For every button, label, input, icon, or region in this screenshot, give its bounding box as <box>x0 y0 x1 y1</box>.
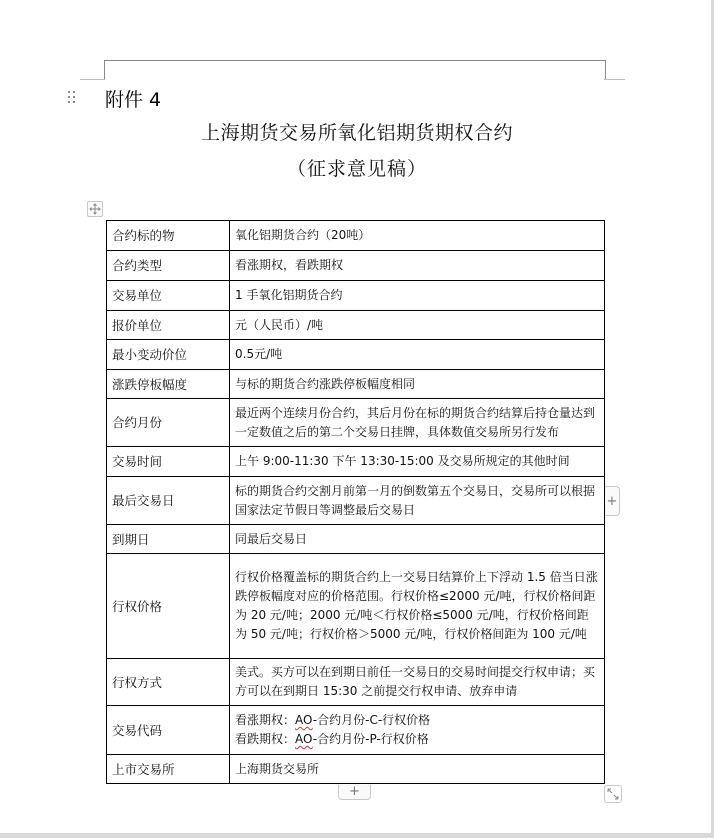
row-key[interactable]: 到期日 <box>107 525 230 554</box>
add-column-button[interactable]: + <box>605 486 620 516</box>
row-key[interactable]: 交易单位 <box>107 281 230 311</box>
row-value[interactable]: 同最后交易日 <box>230 525 605 554</box>
table-resize-handle[interactable] <box>604 785 622 803</box>
row-key[interactable]: 交易时间 <box>107 447 230 477</box>
row-key[interactable]: 行权方式 <box>107 659 230 706</box>
row-value[interactable]: 1 手氧化铝期货合约 <box>230 281 605 311</box>
move-arrows-icon <box>89 203 101 215</box>
row-value[interactable]: 标的期货合约交割月前第一月的倒数第五个交易日，交易所可以根据国家法定节假日等调整… <box>230 477 605 525</box>
row-value[interactable]: 行权价格覆盖标的期货合约上一交易日结算价上下浮动 1.5 倍当日涨跌停板幅度对应… <box>230 554 605 659</box>
resize-diagonal-icon <box>605 786 621 802</box>
put-option-code: 看跌期权：AO-合约月份-P-行权价格 <box>235 730 599 749</box>
row-value[interactable]: 上午 9:00-11:30 下午 13:30-15:00 及交易所规定的其他时间 <box>230 447 605 477</box>
window-edge-bottom <box>0 833 714 838</box>
document-title: 上海期货交易所氧化铝期货期权合约 <box>0 120 714 146</box>
row-key[interactable]: 合约标的物 <box>107 221 230 251</box>
table-row: 交易时间 上午 9:00-11:30 下午 13:30-15:00 及交易所规定… <box>107 447 605 477</box>
row-value[interactable]: 上海期货交易所 <box>230 755 605 784</box>
row-key[interactable]: 上市交易所 <box>107 755 230 784</box>
attachment-label: 附件 4 <box>105 88 161 112</box>
row-value[interactable]: 元（人民币）/吨 <box>230 311 605 340</box>
table-row: 涨跌停板幅度 与标的期货合约涨跌停板幅度相同 <box>107 370 605 399</box>
row-value[interactable]: 最近两个连续月份合约，其后月份在标的期货合约结算后持仓量达到一定数值之后的第二个… <box>230 399 605 447</box>
row-value[interactable]: 0.5元/吨 <box>230 340 605 370</box>
row-value[interactable]: 美式。买方可以在到期日前任一交易日的交易时间提交行权申请；买方可以在到期日 15… <box>230 659 605 706</box>
row-value[interactable]: 看涨期权：AO-合约月份-C-行权价格 看跌期权：AO-合约月份-P-行权价格 <box>230 706 605 755</box>
spellcheck-flag: AO <box>295 732 313 746</box>
table-row: 行权方式 美式。买方可以在到期日前任一交易日的交易时间提交行权申请；买方可以在到… <box>107 659 605 706</box>
table-row: 报价单位 元（人民币）/吨 <box>107 311 605 340</box>
row-value[interactable]: 看涨期权，看跌期权 <box>230 251 605 281</box>
document-subtitle: （征求意见稿） <box>0 156 714 182</box>
table-row: 最小变动价位 0.5元/吨 <box>107 340 605 370</box>
row-key[interactable]: 交易代码 <box>107 706 230 755</box>
table-row: 合约月份 最近两个连续月份合约，其后月份在标的期货合约结算后持仓量达到一定数值之… <box>107 399 605 447</box>
table-row: 到期日 同最后交易日 <box>107 525 605 554</box>
paragraph-drag-handle-icon[interactable] <box>66 90 78 104</box>
page-header-area <box>104 60 606 80</box>
table-row: 行权价格 行权价格覆盖标的期货合约上一交易日结算价上下浮动 1.5 倍当日涨跌停… <box>107 554 605 659</box>
row-key[interactable]: 合约月份 <box>107 399 230 447</box>
call-option-code: 看涨期权：AO-合约月份-C-行权价格 <box>235 711 599 730</box>
table-row: 上市交易所 上海期货交易所 <box>107 755 605 784</box>
margin-marker-left <box>80 79 105 80</box>
row-key[interactable]: 最小变动价位 <box>107 340 230 370</box>
table-move-handle[interactable] <box>87 201 103 217</box>
table-row: 最后交易日 标的期货合约交割月前第一月的倒数第五个交易日，交易所可以根据国家法定… <box>107 477 605 525</box>
table-row: 交易代码 看涨期权：AO-合约月份-C-行权价格 看跌期权：AO-合约月份-P-… <box>107 706 605 755</box>
table-row: 合约标的物 氧化铝期货合约（20吨） <box>107 221 605 251</box>
spellcheck-flag: AO <box>295 713 313 727</box>
row-value[interactable]: 氧化铝期货合约（20吨） <box>230 221 605 251</box>
row-key[interactable]: 报价单位 <box>107 311 230 340</box>
row-key[interactable]: 最后交易日 <box>107 477 230 525</box>
contract-specs-table: 合约标的物 氧化铝期货合约（20吨） 合约类型 看涨期权，看跌期权 交易单位 1… <box>106 220 605 784</box>
row-key[interactable]: 行权价格 <box>107 554 230 659</box>
row-key[interactable]: 合约类型 <box>107 251 230 281</box>
row-key[interactable]: 涨跌停板幅度 <box>107 370 230 399</box>
row-value[interactable]: 与标的期货合约涨跌停板幅度相同 <box>230 370 605 399</box>
table-row: 交易单位 1 手氧化铝期货合约 <box>107 281 605 311</box>
margin-marker-right <box>604 79 625 80</box>
table-row: 合约类型 看涨期权，看跌期权 <box>107 251 605 281</box>
add-row-button[interactable]: + <box>338 785 371 800</box>
